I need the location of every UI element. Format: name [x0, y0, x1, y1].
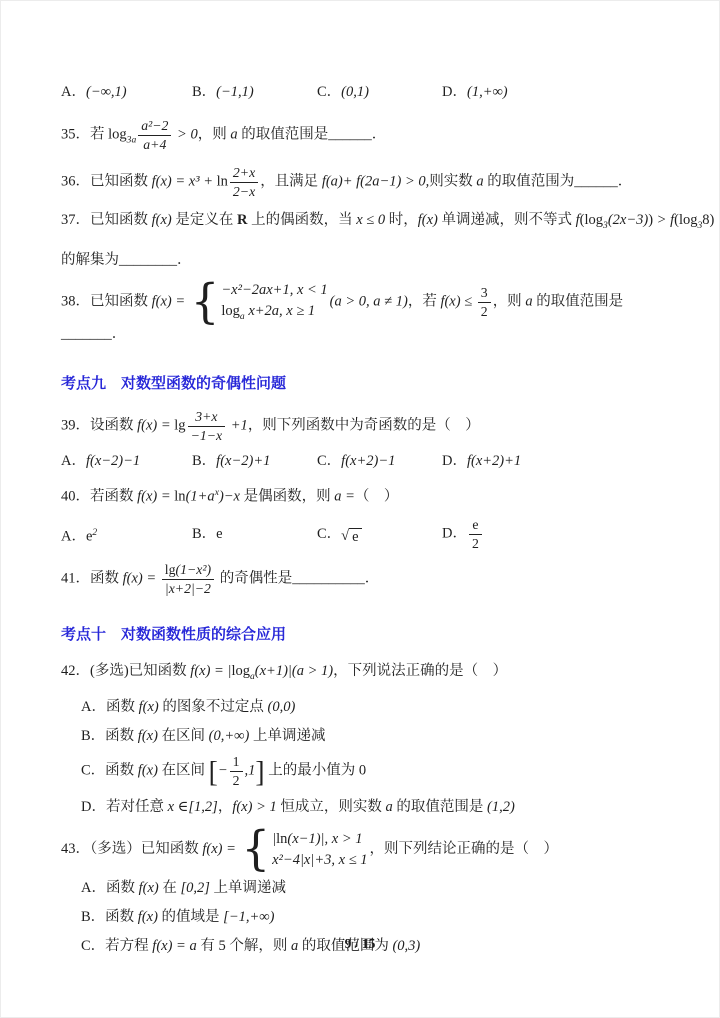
text-run: D．若对任意: [81, 799, 168, 815]
option-cell: A．e2: [61, 522, 192, 547]
option-cell: B．f(x−2)+1: [192, 450, 317, 472]
text-run: 41．函数: [61, 570, 123, 586]
math-run: 3+x: [195, 409, 217, 424]
math-run: (1,+∞): [467, 84, 508, 100]
math-run: ln: [276, 831, 287, 847]
text-run: 43．（多选）已知函数: [61, 841, 202, 857]
fraction: 3+x−1−x: [188, 409, 226, 444]
text-run: B．: [192, 526, 216, 542]
text-run: 40．若函数: [61, 488, 137, 504]
math-run: x+2a, x ≥ 1: [245, 303, 316, 319]
math-run: (a > 0, a ≠ 1): [330, 293, 408, 309]
math-run: f(x) = x³ +: [152, 173, 217, 189]
big-bracket: [: [209, 757, 218, 787]
math-run: (x+1)|(a > 1): [255, 663, 333, 679]
math-run: f(x) =: [123, 570, 160, 586]
piecewise-function: {−x²−2ax+1, x < 1loga x+2a, x ≥ 1: [191, 281, 328, 323]
fraction-denominator: 2: [230, 772, 243, 789]
question-35: 35．若 log3aa²−2a+4 > 0，则 a 的取值范围是______．: [61, 118, 663, 153]
text-run: 36．已知函数: [61, 173, 152, 189]
math-run: (x−1)|, x > 1: [287, 831, 362, 847]
fraction-numerator: lg(1−x²): [162, 562, 214, 580]
question-43: 43．（多选）已知函数 f(x) = {|ln(x−1)|, x > 1x²−4…: [61, 830, 663, 869]
math-run: a+4: [143, 137, 166, 152]
q42-option-b: B．函数 f(x) 在区间 (0,+∞) 上单调递减: [61, 725, 663, 747]
fraction-denominator: 2: [478, 303, 491, 320]
text-run: 上的偶函数，当: [247, 212, 356, 228]
math-run: −x²−2ax+1, x < 1: [221, 282, 327, 298]
math-run: [−1,+∞): [223, 909, 274, 925]
q43-option-b: B．函数 f(x) 的值域是 [−1,+∞): [61, 906, 663, 928]
piecewise-row: |ln(x−1)|, x > 1: [272, 830, 367, 848]
text-run: （ ）: [355, 488, 399, 504]
text-run: B．函数: [81, 728, 138, 744]
text-run: 单调递减，则不等式: [438, 212, 576, 228]
math-run: 3: [481, 285, 488, 300]
text-run: 的取值范围为______．: [484, 173, 633, 189]
superscript: 2: [92, 527, 97, 538]
text-run: D．: [442, 84, 467, 100]
text-run: ，则: [493, 293, 526, 309]
piecewise-row: x²−4|x|+3, x ≤ 1: [272, 851, 367, 869]
math-run: f(x): [139, 880, 159, 896]
math-run: 2−x: [233, 184, 255, 199]
text-run: 37．已知函数: [61, 212, 152, 228]
math-run: (0,+∞): [209, 728, 250, 744]
text-run: 38．已知函数: [61, 293, 152, 309]
math-run: x²−4|x|+3, x ≤ 1: [272, 852, 367, 868]
math-run: x ∈[1,2]: [168, 799, 218, 815]
text-run: A．: [61, 528, 86, 544]
option-cell: C．f(x+2)−1: [317, 450, 442, 472]
left-brace: {: [191, 282, 220, 322]
option-cell: A．f(x−2)−1: [61, 450, 192, 472]
math-run: f(x): [139, 699, 159, 715]
text-run: 的奇偶性是__________．: [216, 570, 379, 586]
question-40: 40．若函数 f(x) = ln(1+ax)−x 是偶函数，则 a =（ ）: [61, 482, 663, 507]
q42-option-d: D．若对任意 x ∈[1,2]，f(x) > 1 恒成立，则实数 a 的取值范围…: [61, 796, 663, 818]
fraction-numerator: 2+x: [230, 165, 258, 183]
math-run: a²−2: [141, 118, 168, 133]
question-37: 37．已知函数 f(x) 是定义在 R 上的偶函数，当 x ≤ 0 时，f(x)…: [61, 209, 663, 271]
text-run: A．函数: [81, 699, 139, 715]
text-run: 恒成立，则实数: [277, 799, 386, 815]
text-run: C．: [317, 453, 341, 469]
text-run: B．: [192, 453, 216, 469]
math-run: > f: [653, 212, 674, 228]
document-page: A．(−∞,1)B．(−1,1)C．(0,1)D．(1,+∞)35．若 log3…: [0, 0, 720, 1018]
math-run: log: [231, 663, 250, 679]
options-row-q39: A．f(x−2)−1B．f(x−2)+1C．f(x+2)−1D．f(x+2)+1: [61, 450, 663, 472]
math-run: lg: [174, 418, 185, 434]
text-run: ，: [218, 799, 233, 815]
math-run: (1+a: [186, 488, 215, 504]
piecewise-rows: |ln(x−1)|, x > 1x²−4|x|+3, x ≤ 1: [272, 830, 367, 869]
math-run: f(a)+ f(2a−1) > 0,: [322, 173, 429, 189]
topic-heading-9: 考点九 对数型函数的奇偶性问题: [61, 373, 663, 395]
math-run: (0,1): [341, 84, 369, 100]
math-run: ,1: [245, 763, 256, 779]
text-run: 考点十 对数函数性质的综合应用: [61, 627, 286, 643]
math-run: f(x−2)+1: [216, 453, 270, 469]
math-run: f(x) =: [152, 293, 189, 309]
fraction-numerator: e: [469, 517, 482, 535]
math-run: 2: [481, 304, 488, 319]
text-line: 37．已知函数 f(x) 是定义在 R 上的偶函数，当 x ≤ 0 时，f(x)…: [61, 209, 663, 237]
text-run: ，若: [408, 293, 441, 309]
fraction-denominator: |x+2|−2: [162, 580, 214, 597]
text-run: 的值域是: [158, 909, 223, 925]
text-run: 在区间: [158, 728, 209, 744]
text-run: 在: [159, 880, 181, 896]
text-run: ，下列说法正确的是（ ）: [333, 663, 507, 679]
text-run: 是偶函数，则: [240, 488, 334, 504]
fraction-numerator: 1: [230, 754, 243, 772]
math-run: 2: [233, 773, 240, 788]
option-cell: B．e: [192, 523, 317, 545]
math-run: a: [230, 127, 237, 143]
text-run: ，则下列结论正确的是（ ）: [370, 841, 559, 857]
q42-option-a: A．函数 f(x) 的图象不过定点 (0,0): [61, 696, 663, 718]
option-cell: C．(0,1): [317, 81, 442, 103]
fraction-numerator: a²−2: [138, 118, 171, 136]
piecewise-row: loga x+2a, x ≥ 1: [221, 302, 327, 323]
text-run: B．函数: [81, 909, 138, 925]
math-run: 8): [702, 212, 714, 228]
option-cell: C．√e: [317, 523, 442, 546]
square-root: √e: [341, 528, 361, 546]
math-run: f(x) =: [137, 418, 174, 434]
fraction-denominator: −1−x: [188, 427, 226, 444]
text-run: 是定义在: [172, 212, 237, 228]
math-run: ln: [217, 173, 228, 189]
math-run: a =: [334, 488, 355, 504]
options-row-q40: A．e2B．eC．√eD．e2: [61, 517, 663, 552]
text-run: D．: [442, 453, 467, 469]
bold-run: R: [237, 212, 247, 228]
text-run: C．: [317, 84, 341, 100]
math-run: f(x) ≤: [440, 293, 475, 309]
math-run: f(x) = |: [190, 663, 231, 679]
big-bracket: ]: [255, 757, 264, 787]
math-run: a: [476, 173, 483, 189]
text-run: 的解集为________．: [61, 252, 192, 268]
fraction-denominator: 2−x: [230, 183, 258, 200]
math-run: f(x) =: [202, 841, 239, 857]
math-run: (log: [580, 212, 603, 228]
math-run: +1: [227, 418, 248, 434]
math-run: lg: [165, 562, 176, 577]
text-run: B．: [192, 84, 216, 100]
topic-heading-10: 考点十 对数函数性质的综合应用: [61, 624, 663, 646]
fraction-numerator: 3: [478, 285, 491, 303]
text-run: ，且满足: [260, 173, 322, 189]
subscript: 3a: [127, 134, 137, 145]
text-run: A．: [61, 84, 86, 100]
text-run: 的图象不过定点: [159, 699, 268, 715]
text-run: 的取值范围是______．: [238, 127, 387, 143]
math-run: e: [216, 526, 222, 542]
math-run: x ≤ 0: [356, 212, 385, 228]
question-41: 41．函数 f(x) = lg(1−x²)|x+2|−2 的奇偶性是______…: [61, 562, 663, 597]
fraction: 2+x2−x: [230, 165, 258, 200]
math-run: f(x) =: [137, 488, 174, 504]
math-run: (−1,1): [216, 84, 254, 100]
math-run: 2+x: [233, 165, 255, 180]
option-cell: A．(−∞,1): [61, 81, 192, 103]
text-run: 在区间: [158, 763, 209, 779]
math-run: ln: [174, 488, 185, 504]
text-run: 35．若: [61, 127, 108, 143]
fraction: e2: [469, 517, 482, 552]
text-run: 则实数: [429, 173, 476, 189]
question-42: 42．(多选)已知函数 f(x) = |loga(x+1)|(a > 1)，下列…: [61, 660, 663, 688]
piecewise-rows: −x²−2ax+1, x < 1loga x+2a, x ≥ 1: [221, 281, 327, 323]
text-run: 上单调递减: [249, 728, 325, 744]
question-39: 39．设函数 f(x) = lg3+x−1−x +1，则下列函数中为奇函数的是（…: [61, 409, 663, 444]
text-line: 的解集为________．: [61, 249, 663, 271]
page-number: 9 / 15: [1, 933, 719, 955]
option-cell: B．(−1,1): [192, 81, 317, 103]
fraction: a²−2a+4: [138, 118, 171, 153]
math-run: f(x): [152, 212, 172, 228]
math-run: (log: [674, 212, 697, 228]
math-run: f(x−2)−1: [86, 453, 140, 469]
math-run: (1,2): [487, 799, 515, 815]
text-run: C．: [317, 526, 341, 542]
text-run: A．函数: [81, 880, 139, 896]
text-run: A．: [61, 453, 86, 469]
text-run: 的取值范围是: [393, 799, 487, 815]
text-run: D．: [442, 526, 467, 542]
math-run: a: [525, 293, 532, 309]
math-run: f(x): [418, 212, 438, 228]
left-brace: {: [242, 829, 271, 869]
text-run: 上的最小值为 0: [265, 763, 367, 779]
piecewise-row: −x²−2ax+1, x < 1: [221, 281, 327, 299]
option-cell: D．(1,+∞): [442, 81, 663, 103]
math-run: −: [218, 763, 228, 779]
text-run: 上单调递减: [210, 880, 286, 896]
math-run: f(x) > 1: [232, 799, 276, 815]
page-content: A．(−∞,1)B．(−1,1)C．(0,1)D．(1,+∞)35．若 log3…: [1, 1, 719, 957]
question-38: 38．已知函数 f(x) = {−x²−2ax+1, x < 1loga x+2…: [61, 281, 663, 345]
text-run: ，则: [198, 127, 231, 143]
option-cell: D．e2: [442, 517, 663, 552]
math-run: a: [385, 799, 392, 815]
text-run: C．函数: [81, 763, 138, 779]
text-run: 时，: [385, 212, 418, 228]
math-run: f(x): [138, 728, 158, 744]
fraction-denominator: a+4: [138, 136, 171, 153]
math-run: |x+2|−2: [165, 581, 211, 596]
question-36: 36．已知函数 f(x) = x³ + ln2+x2−x，且满足 f(a)+ f…: [61, 165, 663, 200]
text-run: 42．(多选)已知函数: [61, 663, 190, 679]
options-row-q34: A．(−∞,1)B．(−1,1)C．(0,1)D．(1,+∞): [61, 81, 663, 103]
math-run: f(x+2)+1: [467, 453, 521, 469]
math-run: 1: [233, 754, 240, 769]
text-run: 考点九 对数型函数的奇偶性问题: [61, 376, 286, 392]
fraction: 12: [230, 754, 243, 789]
math-run: (1−x²): [176, 562, 212, 577]
radical-sign: √: [341, 528, 349, 545]
fraction-numerator: 3+x: [188, 409, 226, 427]
q42-option-c: C．函数 f(x) 在区间 [−12,1] 上的最小值为 0: [61, 754, 663, 789]
text-run: 39．设函数: [61, 418, 137, 434]
text-run: ，则下列函数中为奇函数的是（ ）: [248, 418, 480, 434]
math-run: f(x): [138, 763, 158, 779]
math-run: f(x+2)−1: [341, 453, 395, 469]
fraction-denominator: 2: [469, 535, 482, 552]
math-run: [0,2]: [180, 880, 209, 896]
fraction: 32: [478, 285, 491, 320]
math-run: 2: [472, 536, 479, 551]
math-run: )−x: [219, 488, 240, 504]
math-run: (0,0): [267, 699, 295, 715]
math-run: (−∞,1): [86, 84, 127, 100]
radicand: e: [349, 528, 361, 546]
piecewise-function: {|ln(x−1)|, x > 1x²−4|x|+3, x ≤ 1: [242, 830, 368, 869]
math-run: e: [472, 517, 478, 532]
option-cell: D．f(x+2)+1: [442, 450, 663, 472]
math-run: log: [108, 127, 127, 143]
fraction: lg(1−x²)|x+2|−2: [162, 562, 214, 597]
math-run: −1−x: [191, 428, 223, 443]
math-run: f(x): [138, 909, 158, 925]
math-run: > 0: [173, 127, 197, 143]
q43-option-a: A．函数 f(x) 在 [0,2] 上单调递减: [61, 877, 663, 899]
math-run: log: [221, 303, 240, 319]
math-run: e: [352, 529, 358, 545]
math-run: (2x−3): [608, 212, 648, 228]
